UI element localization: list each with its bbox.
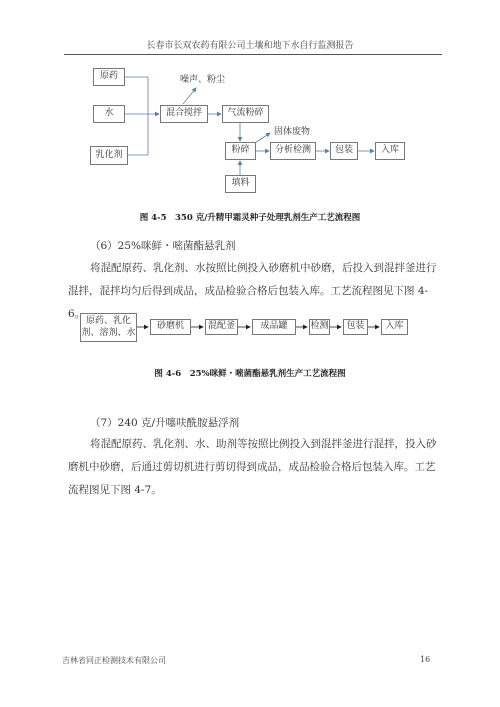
flow-box-jet-milling: 气流粉碎 <box>222 105 269 123</box>
flow-box-emulsifier: 乳化剂 <box>90 146 128 165</box>
flow-box-inputs: 原药、乳化剂、溶剂、水 <box>80 313 137 342</box>
flow-box-warehousing-2: 入库 <box>381 319 408 335</box>
figure-4-6-caption: 图 4-6 25%咪鲜・嘧菌酯悬乳剂生产工艺流程图 <box>0 367 500 379</box>
flow-box-mixing-kettle: 混配釜 <box>205 319 238 335</box>
section-7-heading: （7）240 克/升噻呋酰胺悬浮剂 <box>90 415 239 430</box>
figure-4-5-caption: 图 4-5 350 克/升精甲霜灵种子处理乳剂生产工艺流程图 <box>0 211 500 223</box>
section-6-heading: （6）25%咪鲜・嘧菌酯悬乳剂 <box>90 238 236 253</box>
flow-box-mixing: 混合搅拌 <box>160 105 208 123</box>
flow-box-sand-mill: 砂磨机 <box>150 319 191 335</box>
flow-box-water: 水 <box>93 105 125 123</box>
flow-box-packaging: 包装 <box>330 142 358 160</box>
flow-box-inspection: 检测 <box>309 319 330 335</box>
footer-company: 吉林省同正检测技术有限公司 <box>62 655 166 666</box>
section-7-paragraph: 将混配原药、乳化剂、水、助剂等按照比例投入到混拌釜进行混拌，投入砂磨机中砂磨，后… <box>68 433 438 502</box>
footer-page-number: 16 <box>420 655 430 664</box>
emission-label-noise-dust: 噪声、粉尘 <box>180 72 225 85</box>
flow-box-raw-pesticide: 原药 <box>93 68 125 86</box>
flow-box-warehousing: 入库 <box>375 142 405 160</box>
flow-box-filler: 填料 <box>225 175 256 193</box>
flow-box-crushing: 粉碎 <box>225 142 256 160</box>
emission-label-solid-waste: 固体废物 <box>274 124 310 137</box>
flow-box-analysis: 分析检测 <box>270 142 316 160</box>
flow-box-packaging-2: 包装 <box>343 319 368 335</box>
flow-box-product-tank: 成品罐 <box>252 319 296 335</box>
